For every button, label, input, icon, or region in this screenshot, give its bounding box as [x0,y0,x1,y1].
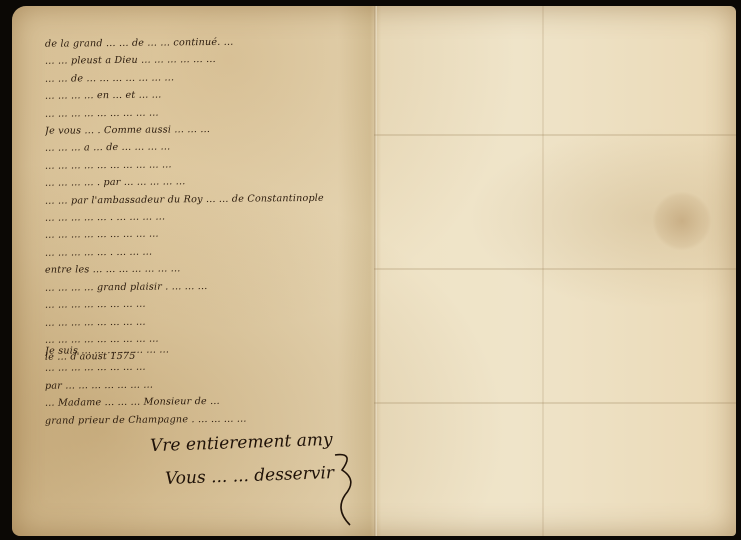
horizontal-crease [374,268,736,270]
horizontal-crease [374,402,736,404]
signature-flourish-icon [330,450,360,530]
horizontal-crease [374,134,736,136]
letter-body-paragraph-1: de la grand ... ... de ... ... continué.… [45,34,375,365]
vertical-crease [542,6,544,536]
paper-stain [652,191,712,251]
letter-body-paragraph-2: Je suis ... ... ... ... ... ... ... ... … [45,341,375,428]
text-line: grand prieur de Champagne . ... ... ... … [45,409,375,430]
